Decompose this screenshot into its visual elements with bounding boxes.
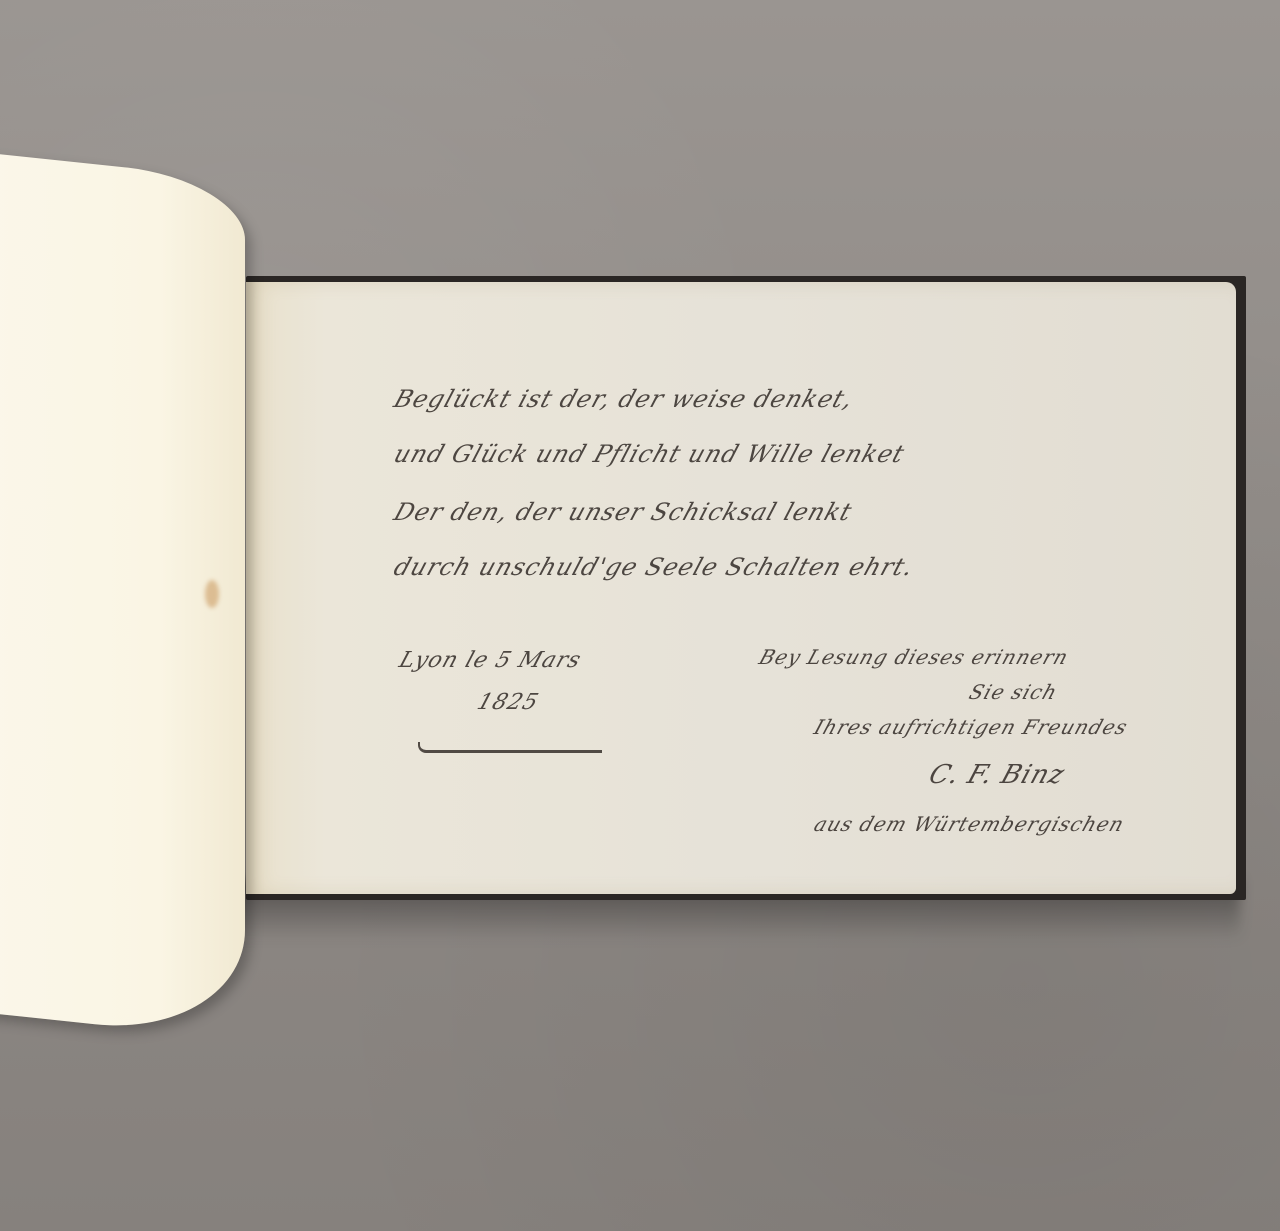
dedication-line-2: Sie sich: [966, 680, 1061, 704]
year: 1825: [474, 690, 542, 715]
album-right-page: [246, 282, 1236, 894]
signature-name: C. F. Binz: [925, 760, 1069, 790]
dedication-origin: aus dem Würtembergischen: [811, 812, 1128, 836]
verse-line-2: und Glück und Pflicht und Wille lenket: [390, 440, 908, 468]
flourish-underline: [418, 742, 602, 753]
verse-line-1: Beglückt ist der, der weise denket,: [390, 385, 857, 413]
place-date: Lyon le 5 Mars: [396, 648, 585, 673]
verse-line-4: durch unschuld'ge Seele Schalten ehrt.: [390, 553, 917, 581]
photo-scene: Beglückt ist der, der weise denket, und …: [0, 0, 1280, 1231]
verse-line-3: Der den, der unser Schicksal lenkt: [390, 498, 856, 526]
foxing-stain: [205, 580, 219, 608]
dedication-line-3: Ihres aufrichtigen Freundes: [811, 715, 1131, 739]
dedication-line-1: Bey Lesung dieses erinnern: [756, 645, 1072, 669]
